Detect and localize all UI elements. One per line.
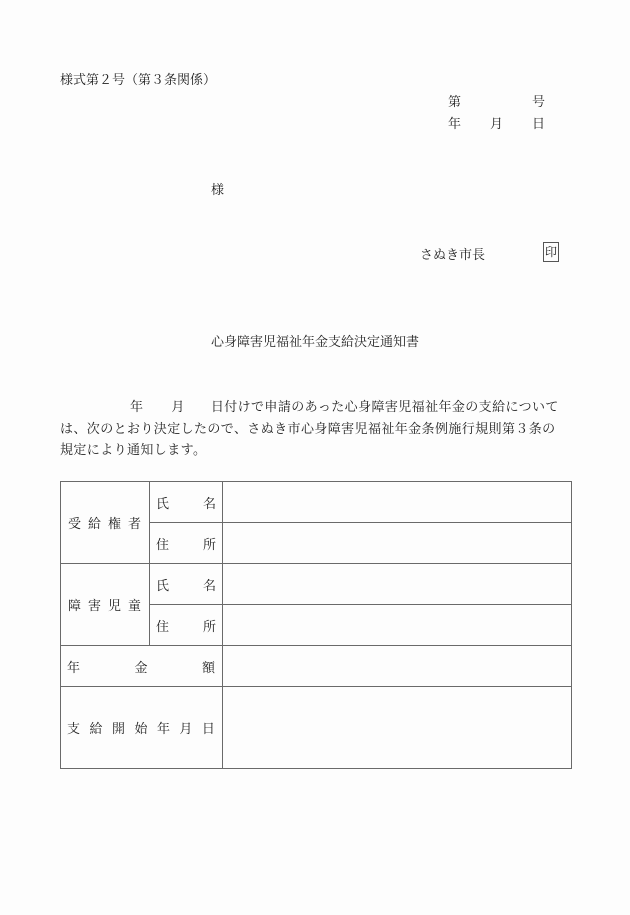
seal-stamp: 印 [543,242,559,262]
label-char: 名 [203,493,216,512]
label-char: 住 [156,534,169,553]
child-group-label: 障 害 児 童 [61,564,150,646]
start-date-label: 支 給 開 始 年 月 日 [61,687,223,769]
date-day: 日 [532,113,545,132]
body-line-2: は、次のとおり決定したので、さぬき市心身障害児福祉年金条例施行規則第３条の [60,419,575,441]
label-char: 住 [156,616,169,635]
start-date-field[interactable] [223,687,572,769]
document-title: 心身障害児福祉年金支給決定通知書 [0,331,630,350]
child-name-field[interactable] [223,564,572,605]
form-number-label: 様式第２号（第３条関係） [60,69,216,88]
child-name-label: 氏名 [150,564,223,605]
label-char: 開 [112,718,125,737]
number-suffix: 号 [532,91,545,110]
label-char: 給 [88,513,101,532]
label-char: 始 [134,718,147,737]
label-char: 額 [202,657,215,676]
pension-amount-field[interactable] [223,646,572,687]
notice-body: 年月日付けで申請のあった心身障害児福祉年金の支給について は、次のとおり決定した… [60,397,575,462]
label-char: 所 [203,616,216,635]
recipient-name-field[interactable] [223,482,572,523]
label-char: 権 [108,513,121,532]
label-char: 年 [157,718,170,737]
child-address-field[interactable] [223,605,572,646]
label-char: 金 [134,657,147,676]
label-char: 障 [68,595,81,614]
number-prefix: 第 [448,91,461,110]
label-char: 児 [108,595,121,614]
label-char: 受 [68,513,81,532]
body-line-3: 規定により通知します。 [60,440,575,462]
label-char: 者 [128,513,141,532]
body-line-1-text: 日付けで申請のあった心身障害児福祉年金の支給について [211,400,559,415]
pension-amount-label: 年 金 額 [61,646,223,687]
issuer-title: さぬき市長 [420,244,485,263]
recipient-name-label: 氏名 [150,482,223,523]
label-char: 所 [203,534,216,553]
label-char: 童 [128,595,141,614]
label-char: 年 [67,657,80,676]
label-char: 名 [203,575,216,594]
recipient-address-field[interactable] [223,523,572,564]
recipient-group-label: 受 給 権 者 [61,482,150,564]
label-char: 日 [202,718,215,737]
decision-details-table: 受 給 権 者 氏名 住所 障 害 児 童 氏名 [60,481,572,769]
label-char: 氏 [156,575,169,594]
date-year: 年 [448,113,461,132]
label-char: 氏 [156,493,169,512]
label-char: 支 [67,718,80,737]
recipient-address-label: 住所 [150,523,223,564]
child-address-label: 住所 [150,605,223,646]
label-char: 害 [88,595,101,614]
body-line-1: 年月日付けで申請のあった心身障害児福祉年金の支給について [60,397,575,419]
label-char: 月 [179,718,192,737]
recipient-honorific: 様 [211,179,224,198]
body-month: 月 [171,400,184,415]
date-month: 月 [490,113,503,132]
body-year: 年 [130,400,143,415]
label-char: 給 [89,718,102,737]
